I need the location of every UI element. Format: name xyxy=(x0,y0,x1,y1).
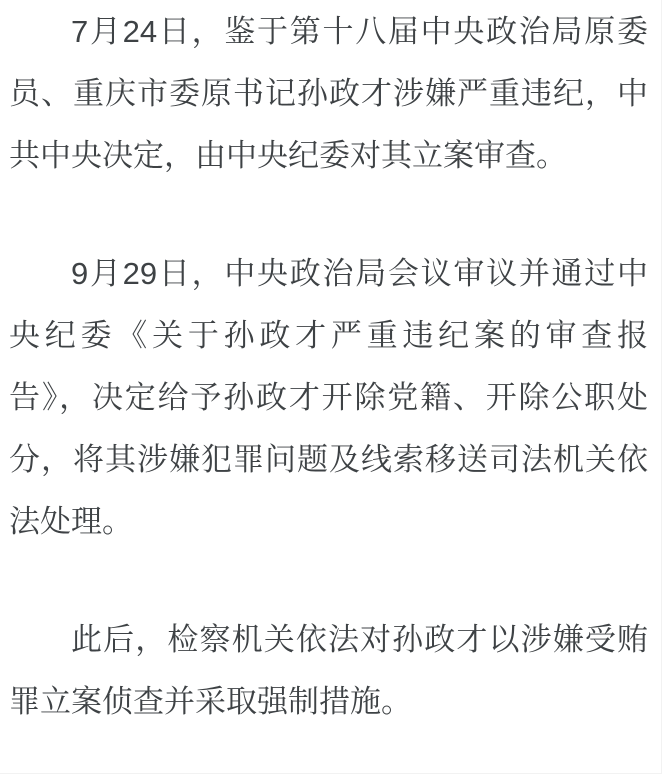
paragraph-1: 7月24日，鉴于第十八届中央政治局原委 员、重庆市委原书记孙政才涉嫌严重违纪，中… xyxy=(9,1,648,187)
text-line: 员、重庆市委原书记孙政才涉嫌严重违纪，中 xyxy=(9,63,648,125)
text-line: 此后，检察机关依法对孙政才以涉嫌受贿 xyxy=(9,609,648,671)
text-line: 分，将其涉嫌犯罪问题及线索移送司法机关依 xyxy=(9,429,648,491)
text-line: 告》，决定给予孙政才开除党籍、开除公职处 xyxy=(9,367,648,429)
paragraph-3: 此后，检察机关依法对孙政才以涉嫌受贿 罪立案侦查并采取强制措施。 xyxy=(9,609,648,733)
text-line: 央纪委《关于孙政才严重违纪案的审查报 xyxy=(9,305,648,367)
text-line: 7月24日，鉴于第十八届中央政治局原委 xyxy=(9,1,648,63)
paragraph-2: 9月29日，中央政治局会议审议并通过中 央纪委《关于孙政才严重违纪案的审查报 告… xyxy=(9,243,648,553)
article-page: 7月24日，鉴于第十八届中央政治局原委 员、重庆市委原书记孙政才涉嫌严重违纪，中… xyxy=(0,0,662,774)
text-line: 共中央决定，由中央纪委对其立案审查。 xyxy=(9,125,648,187)
text-line: 9月29日，中央政治局会议审议并通过中 xyxy=(9,243,648,305)
text-line: 法处理。 xyxy=(9,491,648,553)
text-line: 罪立案侦查并采取强制措施。 xyxy=(9,671,648,733)
